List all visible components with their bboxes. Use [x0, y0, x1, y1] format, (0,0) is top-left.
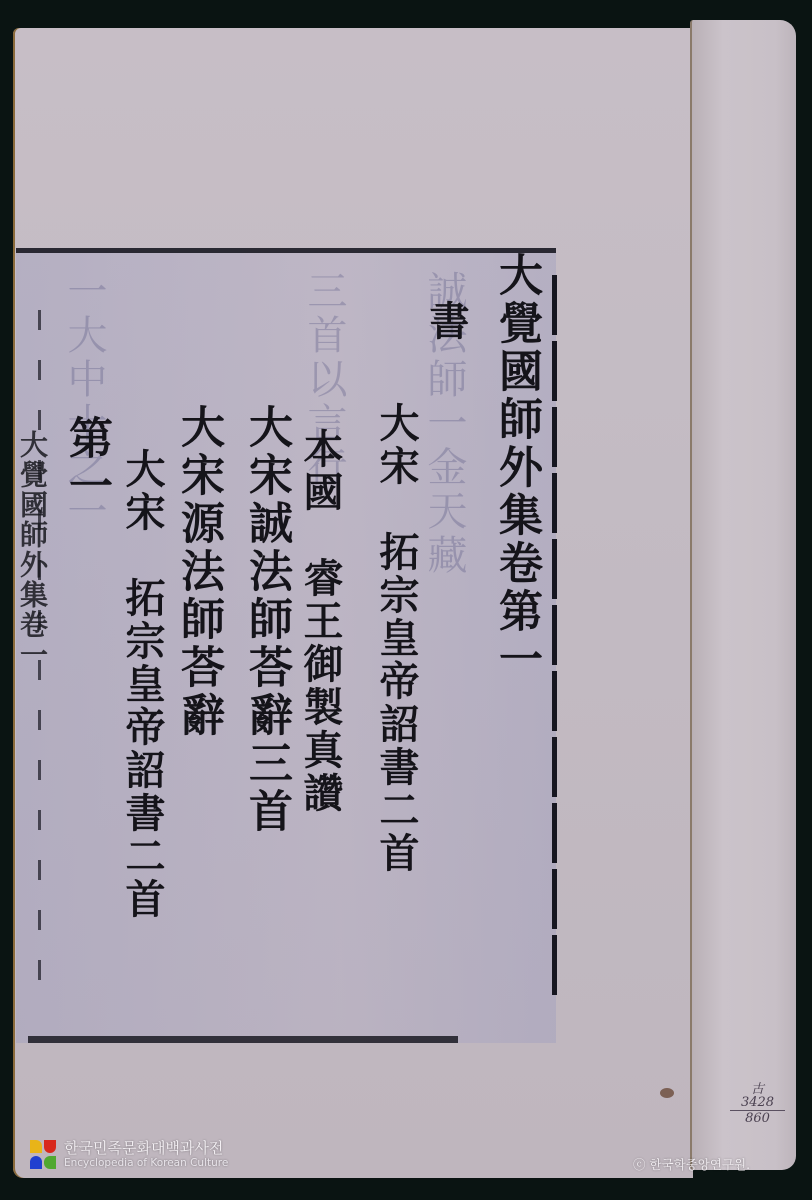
encyclopedia-watermark: 한국민족문화대백과사전 Encyclopedia of Korean Cultu…	[30, 1140, 228, 1170]
paper-stain	[660, 1088, 674, 1098]
margin-title: 大覺國師外集卷一	[12, 430, 52, 670]
folded-page-edge	[690, 20, 796, 1170]
shelf-mark: 古 3428 860	[730, 1083, 785, 1125]
watermark-english: Encyclopedia of Korean Culture	[64, 1158, 228, 1169]
print-border-top	[16, 248, 556, 253]
shelf-mark-sub: 860	[730, 1112, 785, 1125]
text-column-3: 大宋誠法師荅辭三首	[238, 404, 294, 836]
print-border-right	[552, 275, 557, 995]
encyclopedia-logo-icon	[30, 1140, 58, 1170]
copyright-watermark: ⓒ 한국학중앙연구원.	[633, 1155, 750, 1173]
book-photograph: 誠法師一金天藏 三首以言行 一大中十之一 大覺國師外集卷第一 書 大宋 拓宗皇帝…	[0, 0, 812, 1200]
section-heading: 書	[418, 300, 474, 343]
shelf-mark-number: 3428	[730, 1096, 785, 1109]
print-border-bottom	[28, 1036, 458, 1043]
text-column-6: 第一	[58, 415, 114, 511]
watermark-korean: 한국민족문화대백과사전	[64, 1141, 228, 1156]
text-column-2: 本國 睿王御製真讚	[292, 428, 348, 815]
title-column: 大覺國師外集卷第一	[488, 252, 544, 684]
text-column-1: 大宋 拓宗皇帝詔書二首	[368, 402, 424, 875]
text-column-5: 大宋 拓宗皇帝詔書二首	[114, 448, 170, 921]
text-column-4: 大宋源法師荅辭	[170, 404, 226, 740]
